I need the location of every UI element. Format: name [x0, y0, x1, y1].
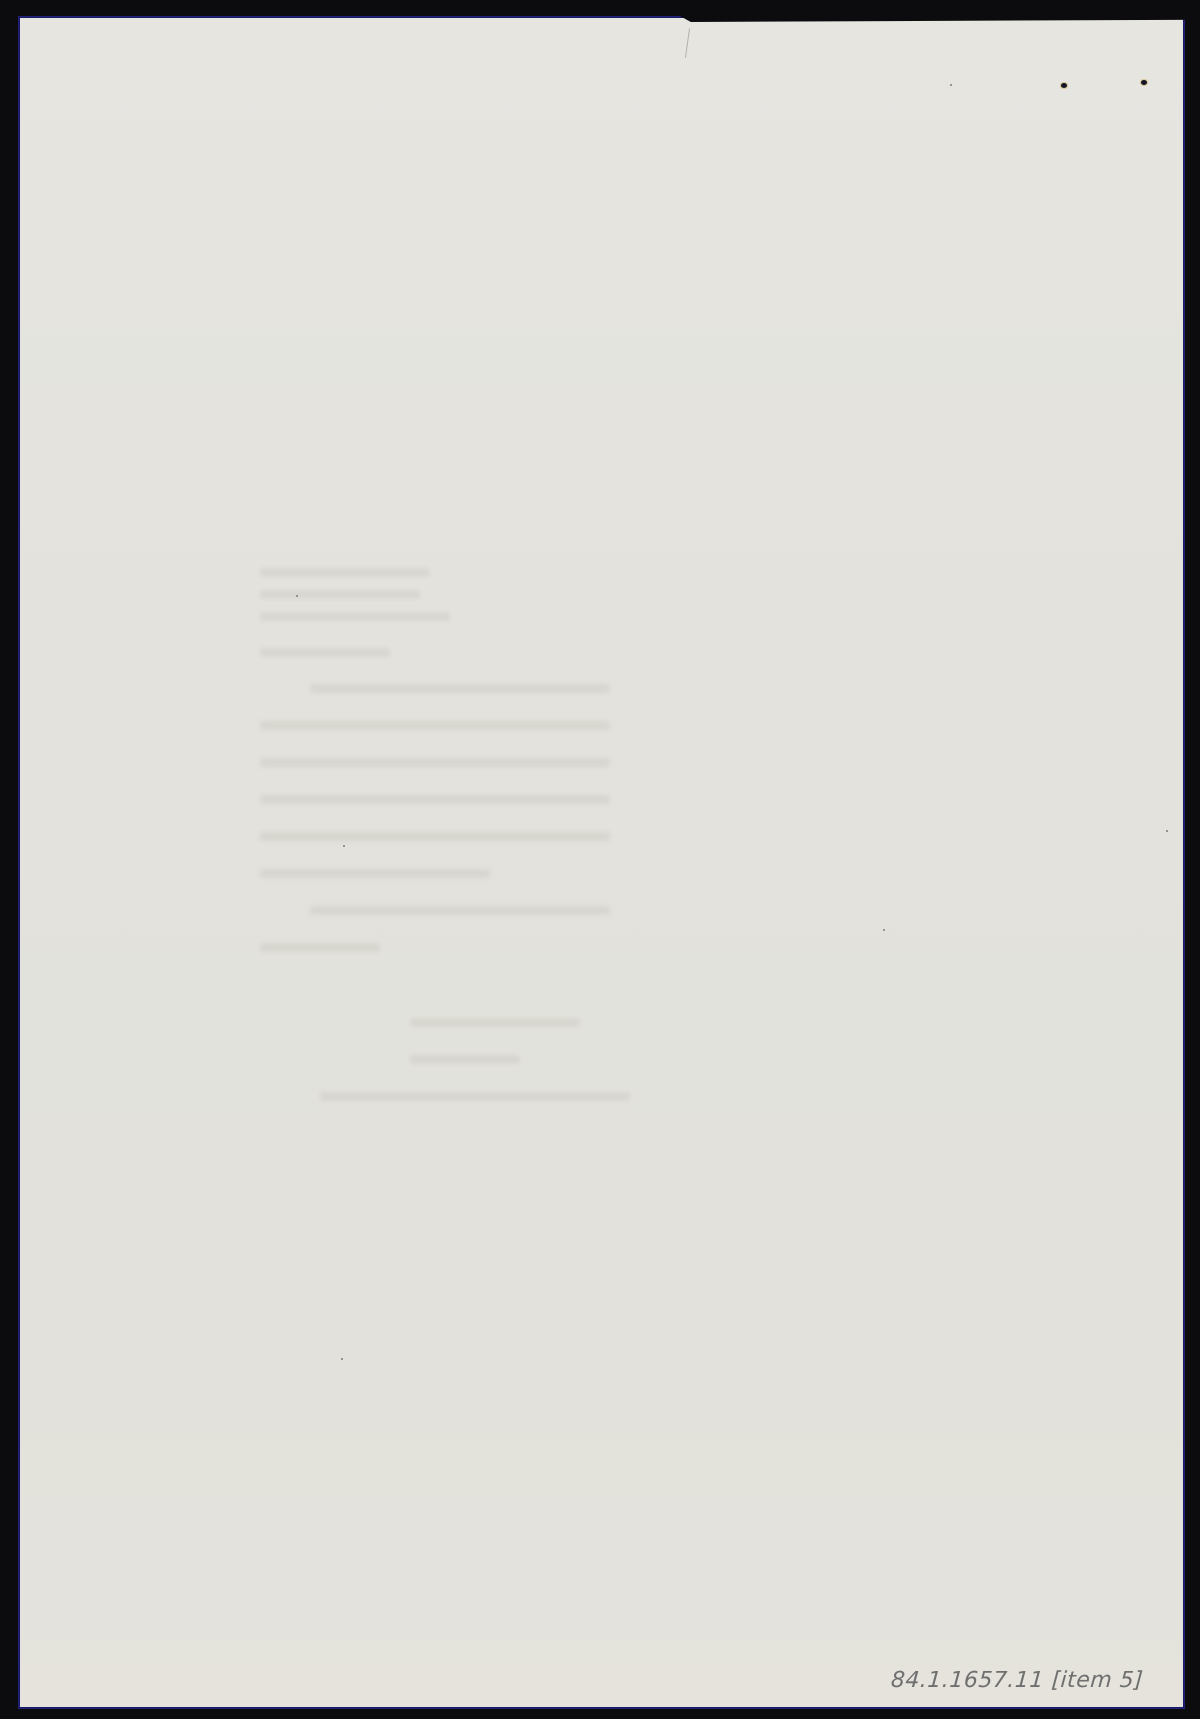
staple-hole-icon: [1141, 80, 1147, 85]
paper-crease: [685, 28, 690, 58]
scan-background: 84.1.1657.11 [item 5]: [0, 0, 1200, 1719]
staple-hole-icon: [1061, 83, 1067, 88]
speck: [950, 84, 952, 86]
speck: [1166, 830, 1168, 832]
torn-top-edge: [680, 16, 1200, 22]
speck: [883, 929, 885, 931]
paper-sheet: 84.1.1657.11 [item 5]: [20, 18, 1183, 1707]
catalog-annotation: 84.1.1657.11 [item 5]: [890, 1668, 1144, 1693]
speck: [341, 1358, 343, 1360]
speck: [343, 845, 345, 847]
